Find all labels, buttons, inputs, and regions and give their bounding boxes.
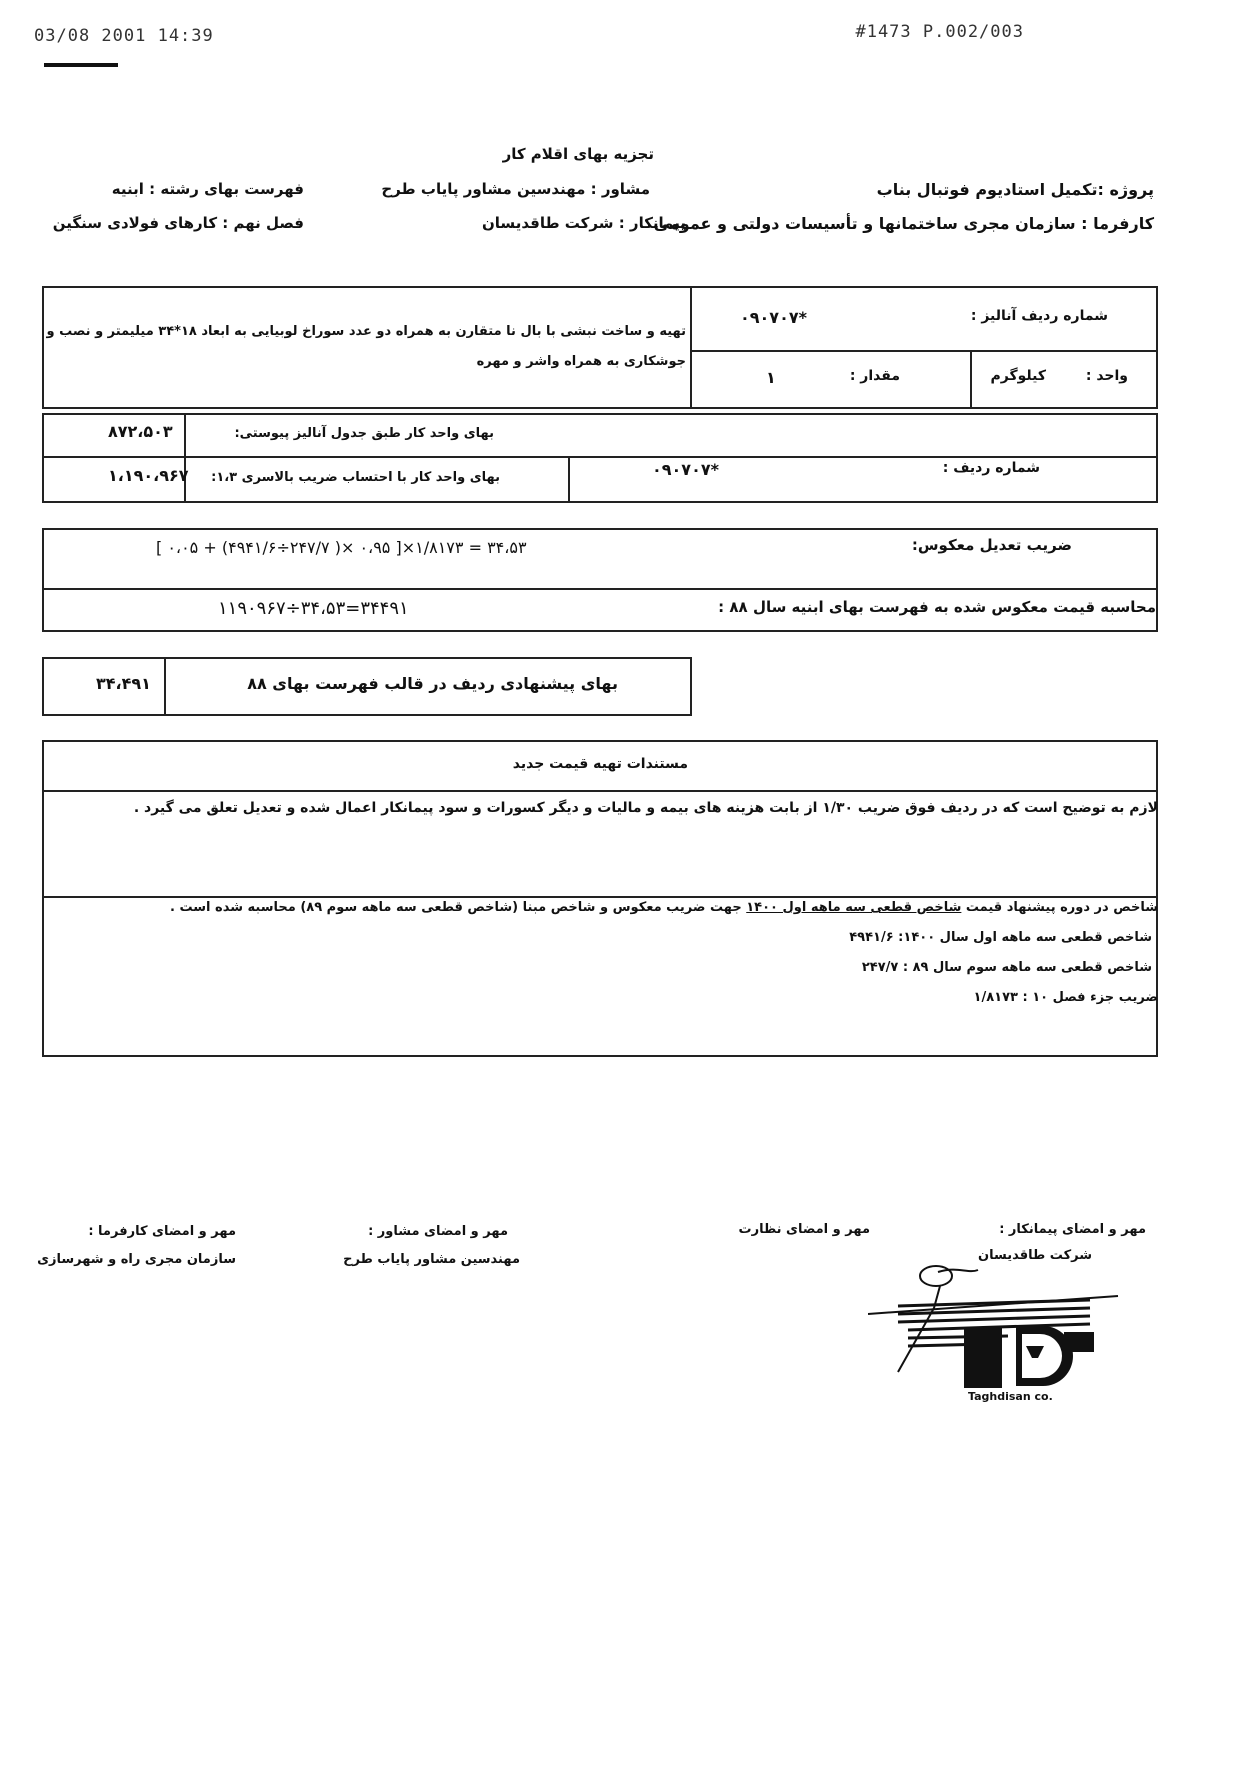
analysis-row-label: شماره ردیف آنالیز : bbox=[971, 308, 1108, 324]
documents-title: مستندات تهیه قیمت جدید bbox=[513, 756, 688, 772]
employer-signature-label: مهر و امضای کارفرما : bbox=[88, 1224, 236, 1239]
contractor-signature-name: شرکت طاقدیسان bbox=[978, 1248, 1092, 1263]
documents-note: لازم به توضیح است که در ردیف فوق ضریب ۱/… bbox=[134, 800, 1158, 816]
project-name: پروژه :تکمیل استادیوم فوتبال بناب bbox=[877, 180, 1154, 199]
fax-page-ref: #1473 P.002/003 bbox=[855, 22, 1024, 42]
price-rows-box bbox=[42, 413, 1158, 503]
divider bbox=[970, 350, 972, 409]
divider bbox=[690, 286, 692, 409]
unit-price-overhead-value: ۱،۱۹۰،۹۶۷ bbox=[108, 466, 189, 485]
divider bbox=[42, 456, 1158, 458]
fax-datetime: 03/08 2001 14:39 bbox=[34, 26, 214, 46]
index-line-1400: شاخص قطعی سه ماهه اول سال ۱۴۰۰: ۴۹۴۱/۶ bbox=[849, 930, 1152, 945]
divider bbox=[184, 413, 186, 503]
reverse-price-calc-formula: ۱۱۹۰۹۶۷÷۳۴،۵۳=۳۴۴۹۱ bbox=[218, 598, 409, 619]
item-description-line2: جوشکاری به همراه واشر و مهره bbox=[477, 354, 686, 369]
price-list-field: فهرست بهای رشته : ابنیه bbox=[112, 180, 304, 198]
index-note-pre: شاخص در دوره پیشنهاد قیمت bbox=[961, 900, 1158, 915]
contractor-name: پیمانکار : شرکت طاقدیسان bbox=[482, 214, 686, 232]
consultant-signature-name: مهندسین مشاور پایاب طرح bbox=[343, 1252, 520, 1267]
consultant-name: مشاور : مهندسین مشاور پایاب طرح bbox=[381, 180, 650, 198]
svg-text:Taghdisan co.: Taghdisan co. bbox=[968, 1390, 1053, 1402]
employer-signature-name: سازمان مجری راه و شهرسازی bbox=[37, 1252, 236, 1267]
unit-label: واحد : bbox=[1086, 368, 1128, 384]
divider bbox=[164, 657, 166, 716]
employer-name: کارفرما : سازمان مجری ساختمانها و تأسیسا… bbox=[654, 214, 1154, 233]
fax-mark bbox=[44, 63, 118, 67]
unit-price-analysis-label: بهای واحد کار طبق جدول آنالیز پیوستی: bbox=[234, 426, 494, 441]
unit-price-analysis-value: ۸۷۲،۵۰۳ bbox=[108, 422, 173, 441]
index-note-underlined: شاخص قطعی سه ماهه اول ۱۴۰۰ bbox=[746, 900, 961, 915]
document-title: تجزیه بهای اقلام کار bbox=[503, 145, 654, 163]
divider bbox=[690, 350, 1156, 352]
supervision-signature-label: مهر و امضای نظارت bbox=[739, 1222, 870, 1237]
unit-value: کیلوگرم bbox=[991, 368, 1046, 384]
proposed-price-value: ۳۴،۴۹۱ bbox=[96, 674, 151, 693]
company-stamp: Taghdisan co. bbox=[868, 1262, 1128, 1402]
row-number-label: شماره ردیف : bbox=[943, 460, 1040, 476]
index-line-89: شاخص قطعی سه ماهه سوم سال ۸۹ : ۲۴۷/۷ bbox=[862, 960, 1152, 975]
analysis-row-value: ۰۹۰۷۰۷* bbox=[740, 308, 807, 327]
chapter-field: فصل نهم : کارهای فولادی سنگین bbox=[53, 214, 304, 232]
unit-price-overhead-label: بهای واحد کار با احتساب ضریب بالاسری ۱،۳… bbox=[211, 470, 500, 485]
contractor-signature-label: مهر و امضای پیمانکار : bbox=[999, 1222, 1146, 1237]
divider bbox=[42, 790, 1158, 792]
reverse-price-calc-label: محاسبه قیمت معکوس شده به فهرست بهای ابنی… bbox=[718, 598, 1156, 616]
quantity-value: ۱ bbox=[766, 368, 776, 387]
documents-box bbox=[42, 740, 1158, 1057]
consultant-signature-label: مهر و امضای مشاور : bbox=[368, 1224, 508, 1239]
divider bbox=[568, 456, 570, 503]
divider bbox=[42, 588, 1158, 590]
item-info-box bbox=[42, 286, 1158, 409]
index-note: شاخص در دوره پیشنهاد قیمت شاخص قطعی سه م… bbox=[170, 900, 1158, 915]
item-description-line1: تهیه و ساخت نبشی با بال نا متقارن به همر… bbox=[46, 324, 686, 339]
adjustment-coef-label: ضریب تعدیل معکوس: bbox=[912, 536, 1072, 554]
proposed-price-label: بهای پیشنهادی ردیف در قالب فهرست بهای ۸۸ bbox=[247, 674, 618, 693]
divider bbox=[42, 896, 1158, 898]
quantity-label: مقدار : bbox=[850, 368, 900, 384]
index-note-post: جهت ضریب معکوس و شاخص مبنا (شاخص قطعی سه… bbox=[170, 900, 746, 915]
stamp-icon: Taghdisan co. bbox=[868, 1262, 1128, 1402]
row-number-value: ۰۹۰۷۰۷* bbox=[652, 460, 719, 479]
adjustment-coef-formula: [ ۰،۰۵ + (۴۹۴۱/۶÷۲۴۷/۷ )× ۰،۹۵ ]×۱/۸۱۷۳ … bbox=[156, 538, 527, 557]
chapter-coef-line: ضریب جزء فصل ۱۰ : ۱/۸۱۷۳ bbox=[974, 990, 1158, 1005]
